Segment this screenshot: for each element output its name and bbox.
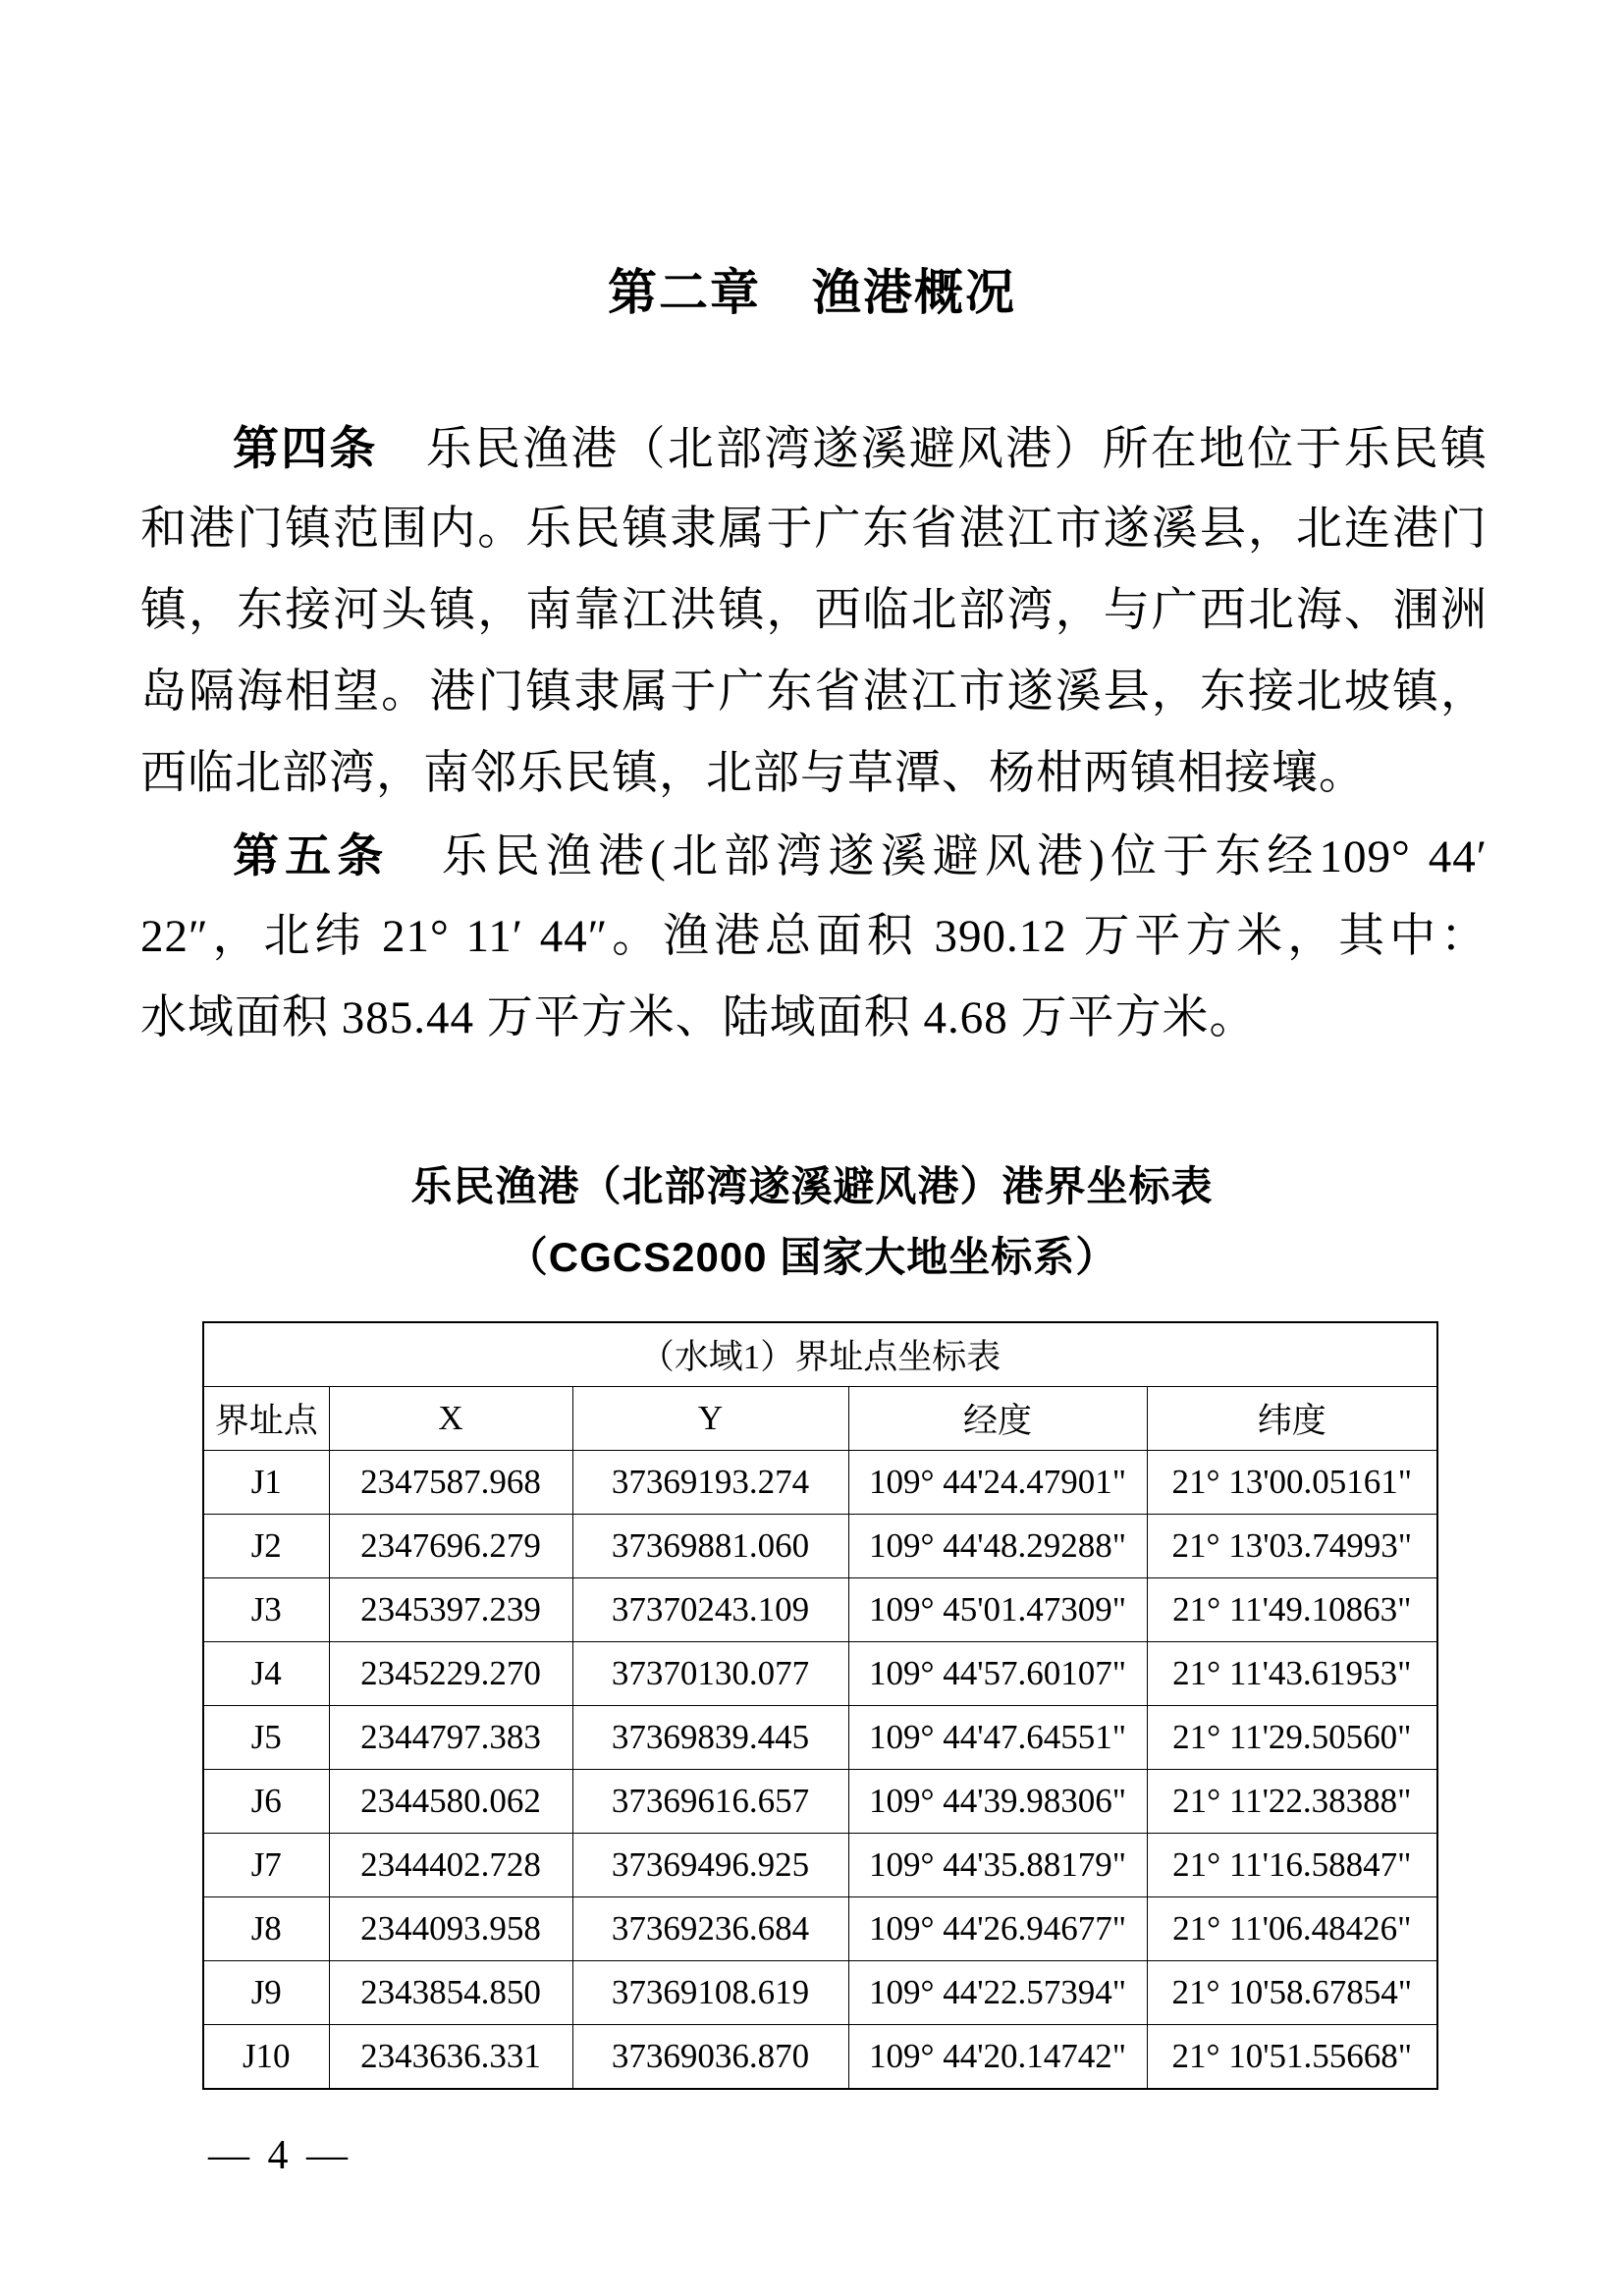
table-cell: 109° 44'20.14742" <box>848 2025 1147 2090</box>
column-header: 纬度 <box>1147 1387 1437 1451</box>
table-cell: 37369616.657 <box>572 1770 848 1834</box>
table-cell: 2344580.062 <box>329 1770 572 1834</box>
coordinates-table: （水域1）界址点坐标表 界址点 X Y 经度 纬度 J1 2347587.968… <box>202 1321 1438 2090</box>
chapter-title: 第二章 渔港概况 <box>0 253 1624 324</box>
table-cell: J1 <box>203 1451 329 1515</box>
table-cell: 37369839.445 <box>572 1706 848 1770</box>
table-cell: 109° 44'26.94677" <box>848 1897 1147 1961</box>
table-cell: J7 <box>203 1834 329 1897</box>
paragraph-line: 和港门镇范围内。乐民镇隶属于广东省湛江市遂溪县，北连港门 <box>140 489 1488 570</box>
column-header: Y <box>572 1387 848 1451</box>
line-text: 水域面积 385.44 万平方米、陆域面积 4.68 万平方米。 <box>140 992 1257 1043</box>
table-cell: 2344797.383 <box>329 1706 572 1770</box>
table-span-header-row: （水域1）界址点坐标表 <box>203 1322 1437 1387</box>
column-header: X <box>329 1387 572 1451</box>
table-cell: J6 <box>203 1770 329 1834</box>
table-cell: 21° 13'00.05161" <box>1147 1451 1437 1515</box>
table-cell: 109° 44'39.98306" <box>848 1770 1147 1834</box>
table-cell: 2347587.968 <box>329 1451 572 1515</box>
table-cell: 109° 44'47.64551" <box>848 1706 1147 1770</box>
table-cell: 37369108.619 <box>572 1961 848 2025</box>
body-text: 第四条 乐民渔港（北部湾遂溪避风港）所在地位于乐民镇 和港门镇范围内。乐民镇隶属… <box>140 407 1488 1059</box>
table-cell: 21° 10'58.67854" <box>1147 1961 1437 2025</box>
column-header: 界址点 <box>203 1387 329 1451</box>
table-cell: 2343854.850 <box>329 1961 572 2025</box>
table-caption-sub: （CGCS2000 国家大地坐标系） <box>0 1225 1624 1284</box>
table-cell: 21° 11'22.38388" <box>1147 1770 1437 1834</box>
table-row: J9 2343854.850 37369108.619 109° 44'22.5… <box>203 1961 1437 2025</box>
paragraph-line: 22″，北纬 21° 11′ 44″。渔港总面积 390.12 万平方米，其中： <box>140 896 1488 978</box>
table-cell: 2347696.279 <box>329 1515 572 1578</box>
table-cell: 37369193.274 <box>572 1451 848 1515</box>
table-cell: 37369036.870 <box>572 2025 848 2090</box>
table-row: J3 2345397.239 37370243.109 109° 45'01.4… <box>203 1578 1437 1642</box>
line-text: 西临北部湾，南邻乐民镇，北部与草潭、杨柑两镇相接壤。 <box>140 748 1366 799</box>
line-text: 乐民渔港（北部湾遂溪避风港）所在地位于乐民镇 <box>378 424 1488 475</box>
table-cell: 2345397.239 <box>329 1578 572 1642</box>
table-cell: J3 <box>203 1578 329 1642</box>
table-cell: 21° 10'51.55668" <box>1147 2025 1437 2090</box>
table-cell: 109° 44'22.57394" <box>848 1961 1147 2025</box>
table-cell: 21° 11'06.48426" <box>1147 1897 1437 1961</box>
table-cell: J9 <box>203 1961 329 2025</box>
table-cell: 21° 13'03.74993" <box>1147 1515 1437 1578</box>
table-row: J5 2344797.383 37369839.445 109° 44'47.6… <box>203 1706 1437 1770</box>
table-cell: J4 <box>203 1642 329 1706</box>
table-cell: 21° 11'29.50560" <box>1147 1706 1437 1770</box>
table-cell: 109° 44'48.29288" <box>848 1515 1147 1578</box>
paragraph-line: 第四条 乐民渔港（北部湾遂溪避风港）所在地位于乐民镇 <box>140 407 1488 489</box>
table-cell: J2 <box>203 1515 329 1578</box>
line-text: 镇，东接河头镇，南靠江洪镇，西临北部湾，与广西北海、涠洲 <box>140 585 1488 636</box>
table-cell: 2344093.958 <box>329 1897 572 1961</box>
table-row: J4 2345229.270 37370130.077 109° 44'57.6… <box>203 1642 1437 1706</box>
table-cell: 37370130.077 <box>572 1642 848 1706</box>
paragraph-line: 西临北部湾，南邻乐民镇，北部与草潭、杨柑两镇相接壤。 <box>140 733 1488 815</box>
table-cell: 109° 44'57.60107" <box>848 1642 1147 1706</box>
table-cell: 37370243.109 <box>572 1578 848 1642</box>
table-cell: 21° 11'16.58847" <box>1147 1834 1437 1897</box>
table-row: J8 2344093.958 37369236.684 109° 44'26.9… <box>203 1897 1437 1961</box>
paragraph-line: 第五条 乐民渔港(北部湾遂溪避风港)位于东经109° 44′ <box>140 815 1488 896</box>
table-cell: 37369881.060 <box>572 1515 848 1578</box>
line-text: 和港门镇范围内。乐民镇隶属于广东省湛江市遂溪县，北连港门 <box>140 504 1488 555</box>
paragraph-line: 岛隔海相望。港门镇隶属于广东省湛江市遂溪县，东接北坡镇， <box>140 652 1488 733</box>
paragraph-line: 水域面积 385.44 万平方米、陆域面积 4.68 万平方米。 <box>140 978 1488 1059</box>
table-cell: 21° 11'43.61953" <box>1147 1642 1437 1706</box>
table-row: J1 2347587.968 37369193.274 109° 44'24.4… <box>203 1451 1437 1515</box>
paragraph-line: 镇，东接河头镇，南靠江洪镇，西临北部湾，与广西北海、涠洲 <box>140 570 1488 652</box>
table-row: J6 2344580.062 37369616.657 109° 44'39.9… <box>203 1770 1437 1834</box>
table-span-header: （水域1）界址点坐标表 <box>203 1322 1437 1387</box>
table-cell: 2344402.728 <box>329 1834 572 1897</box>
table-cell: J10 <box>203 2025 329 2090</box>
table-caption-main: 乐民渔港（北部湾遂溪避风港）港界坐标表 <box>0 1154 1624 1213</box>
table-cell: J8 <box>203 1897 329 1961</box>
article-5-label: 第五条 <box>233 829 389 881</box>
table-row: J2 2347696.279 37369881.060 109° 44'48.2… <box>203 1515 1437 1578</box>
table-cell: 2343636.331 <box>329 2025 572 2090</box>
table-cell: 37369236.684 <box>572 1897 848 1961</box>
document-page: 第二章 渔港概况 第四条 乐民渔港（北部湾遂溪避风港）所在地位于乐民镇 和港门镇… <box>0 0 1624 2296</box>
line-text: 乐民渔港(北部湾遂溪避风港)位于东经109° 44′ <box>389 831 1488 882</box>
table-cell: 109° 45'01.47309" <box>848 1578 1147 1642</box>
table-cell: 21° 11'49.10863" <box>1147 1578 1437 1642</box>
table-cell: 37369496.925 <box>572 1834 848 1897</box>
table-cell: 109° 44'24.47901" <box>848 1451 1147 1515</box>
table-row: J10 2343636.331 37369036.870 109° 44'20.… <box>203 2025 1437 2090</box>
table-cell: J5 <box>203 1706 329 1770</box>
table-cell: 109° 44'35.88179" <box>848 1834 1147 1897</box>
line-text: 岛隔海相望。港门镇隶属于广东省湛江市遂溪县，东接北坡镇， <box>140 667 1488 718</box>
line-text: 22″，北纬 21° 11′ 44″。渔港总面积 390.12 万平方米，其中： <box>140 911 1488 962</box>
article-4-label: 第四条 <box>233 422 378 474</box>
table-row: J7 2344402.728 37369496.925 109° 44'35.8… <box>203 1834 1437 1897</box>
table-cell: 2345229.270 <box>329 1642 572 1706</box>
table-header-row: 界址点 X Y 经度 纬度 <box>203 1387 1437 1451</box>
column-header: 经度 <box>848 1387 1147 1451</box>
page-number: — 4 — <box>208 2132 352 2179</box>
